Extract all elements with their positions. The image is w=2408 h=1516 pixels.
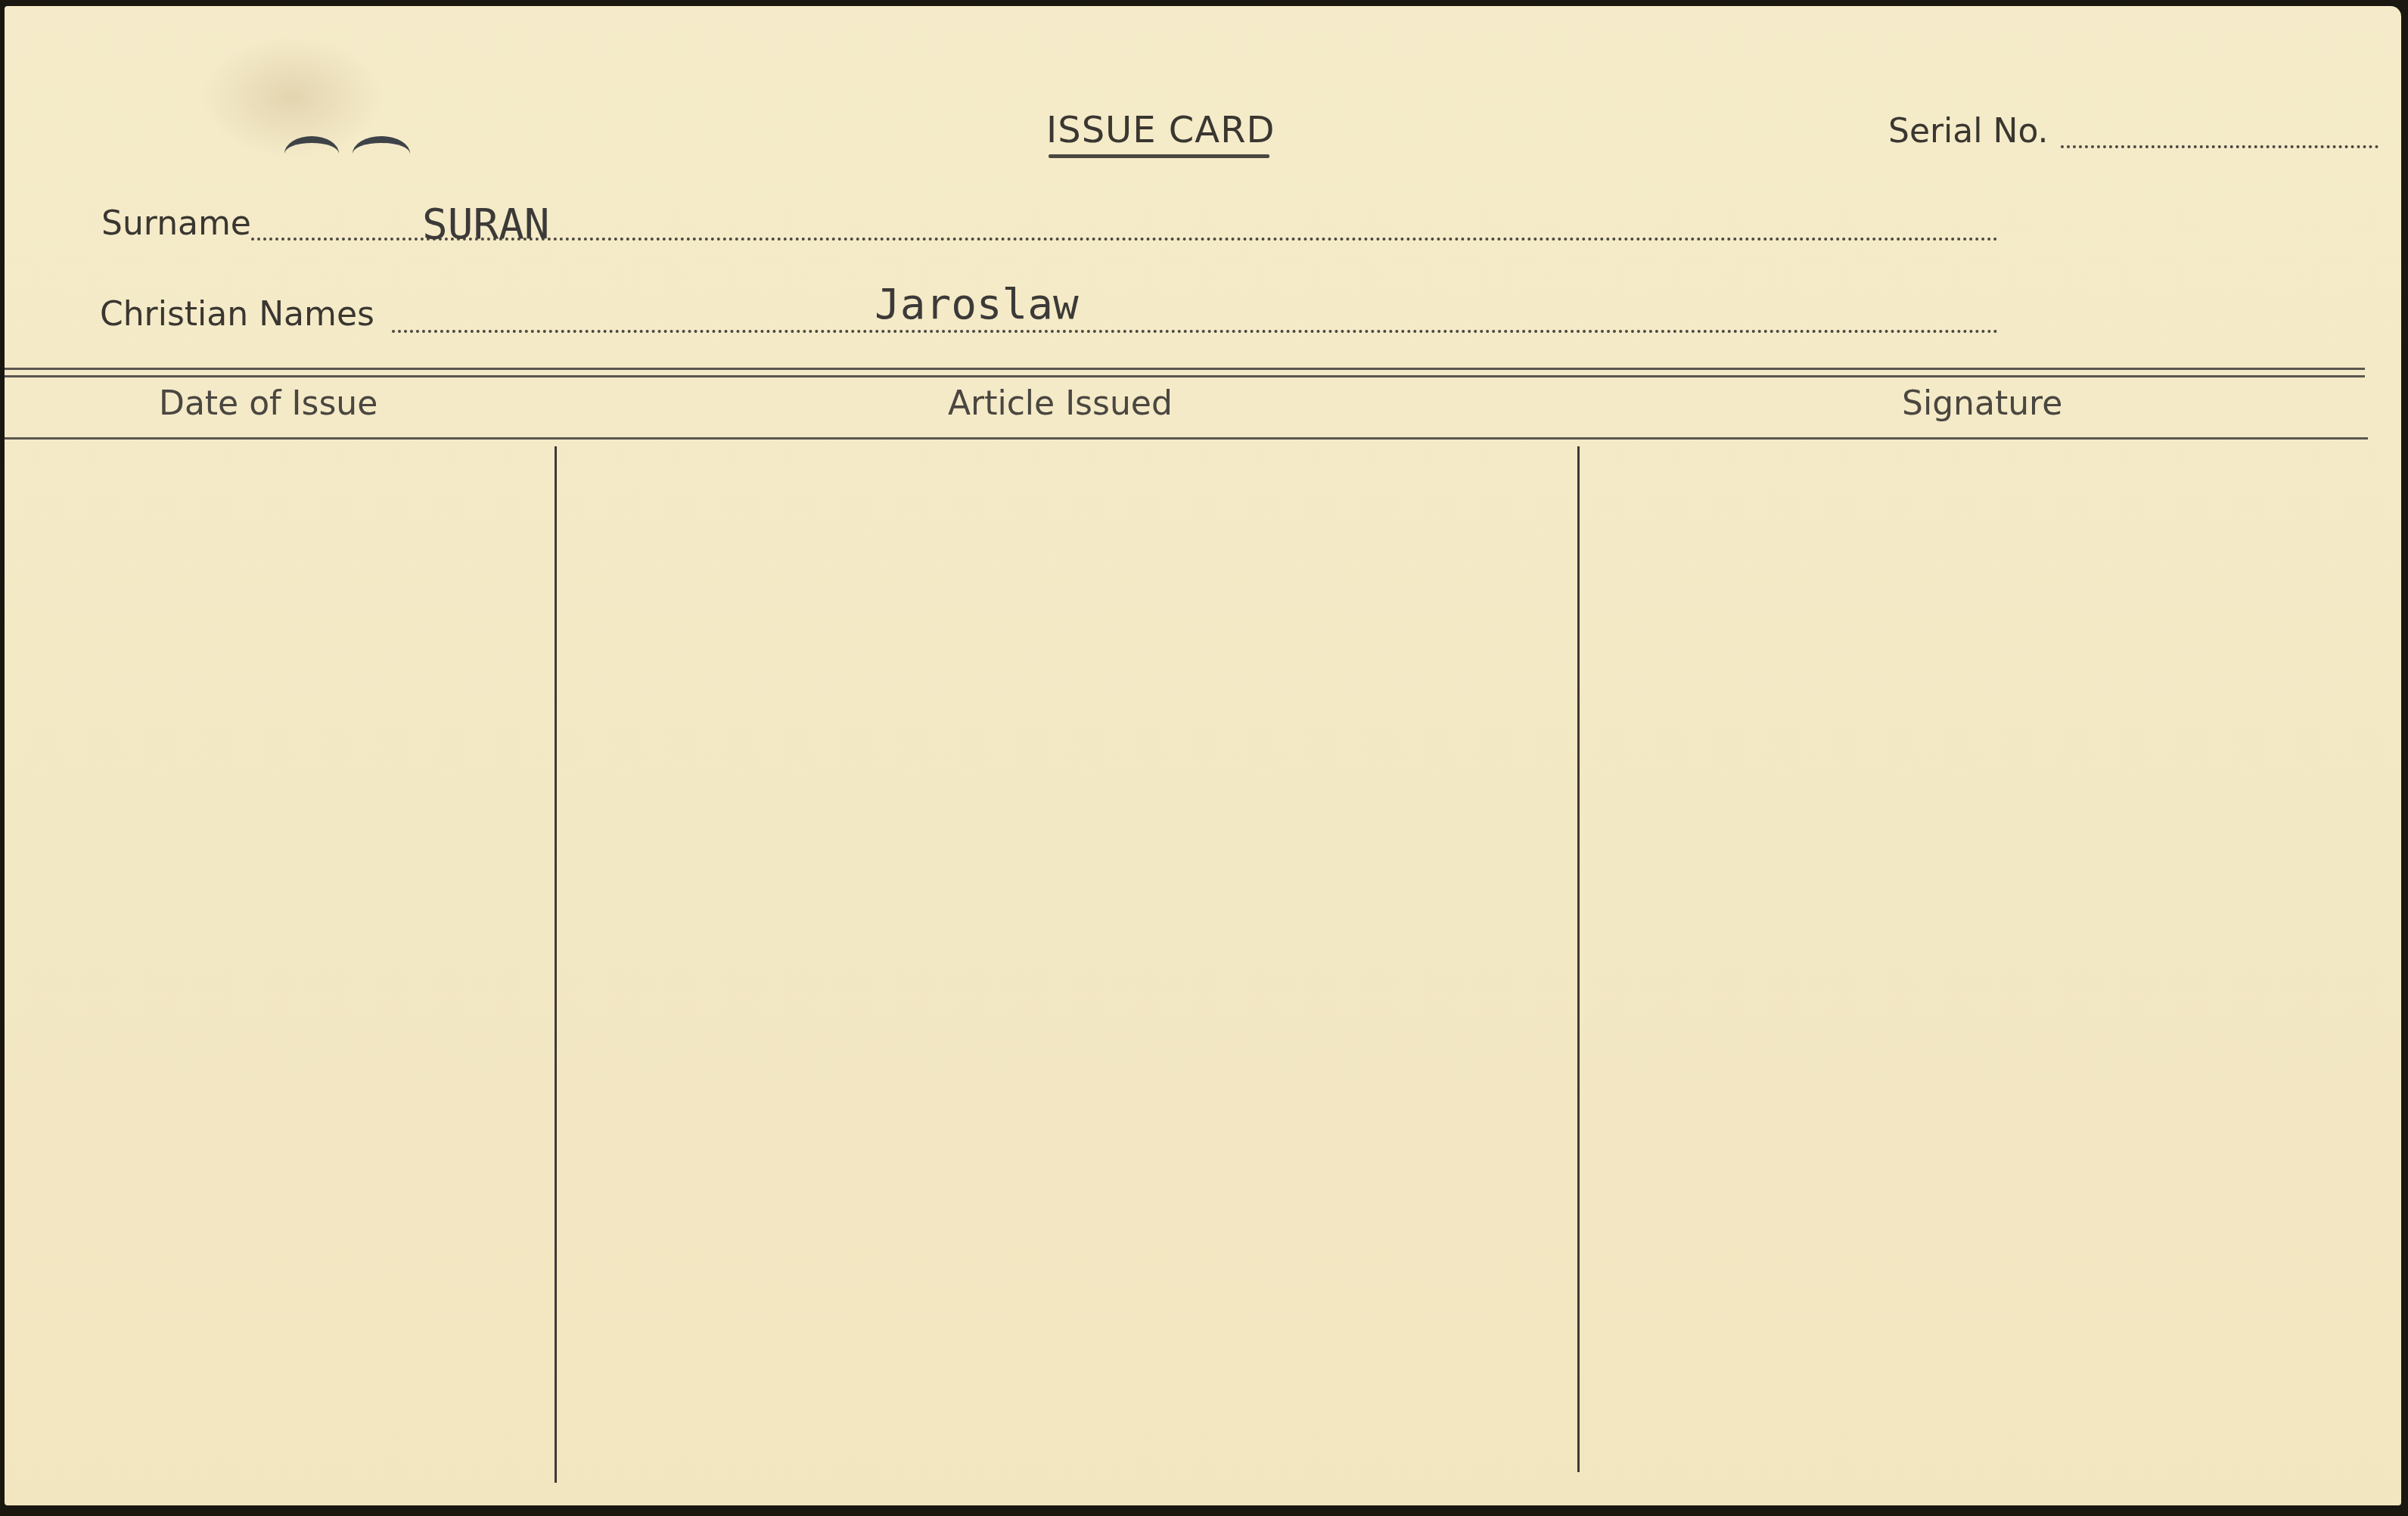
surname-label: Surname bbox=[101, 204, 251, 243]
header-rule-bottom bbox=[5, 437, 2368, 440]
column-header-signature: Signature bbox=[1902, 384, 2062, 423]
article-issued-column[interactable] bbox=[557, 446, 1577, 1483]
column-header-date-of-issue: Date of Issue bbox=[159, 384, 378, 423]
christian-names-label: Christian Names bbox=[100, 295, 374, 334]
staple-mark-icon bbox=[353, 136, 410, 154]
christian-names-dotted-line bbox=[392, 330, 1999, 333]
serial-no-dotted-line bbox=[2061, 145, 2378, 148]
surname-field[interactable]: SURAN bbox=[422, 200, 550, 249]
title-underline bbox=[1049, 154, 1269, 158]
card-title: ISSUE CARD bbox=[1046, 109, 1275, 151]
header-rule-second bbox=[5, 375, 2365, 377]
header-rule-top bbox=[5, 368, 2365, 370]
christian-names-field[interactable]: Jaroslaw bbox=[875, 280, 1079, 329]
column-header-article-issued: Article Issued bbox=[948, 384, 1173, 423]
issue-card: ISSUE CARD Serial No. Surname SURAN Chri… bbox=[5, 6, 2401, 1505]
serial-no-label: Serial No. bbox=[1888, 112, 2049, 151]
date-of-issue-column[interactable] bbox=[5, 446, 555, 1483]
staple-mark-icon bbox=[284, 136, 339, 154]
signature-column[interactable] bbox=[1580, 446, 2401, 1483]
